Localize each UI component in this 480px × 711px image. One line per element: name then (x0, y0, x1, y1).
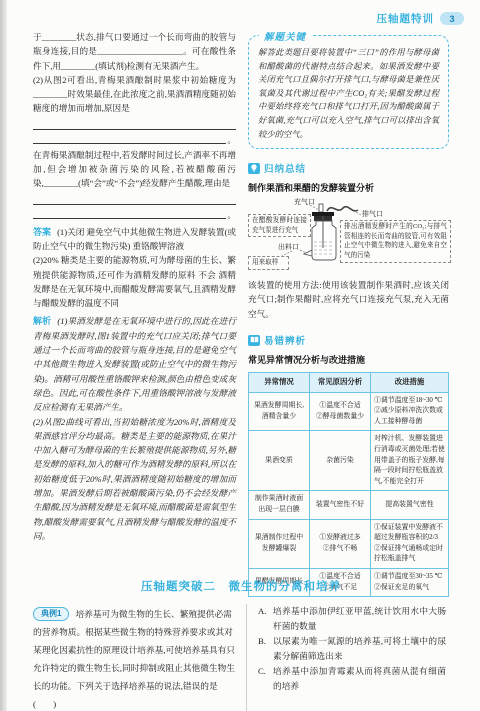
answer-blank-line (33, 191, 236, 205)
pitfall-section-label: 易错辨析 (264, 333, 306, 347)
lightbulb-icon (248, 163, 260, 174)
answer-label: 答案 (33, 227, 51, 237)
abnormal-situations-table: 异常情况 常见原因分析 改进措施 果酒发酵周期长,酒精含量少 ①温度不合适②酵母… (248, 372, 449, 597)
pump-callout: 在醋酸发酵时连接充气泵进行充气 (248, 214, 311, 237)
example-question-column: 典例1培养基可为微生物的生长、繁殖提供必需的营养物质。根据某些微生物的特殊营养要… (33, 604, 247, 711)
answer-text-2: (2)20% 糖类是主要的能源物质,可为酵母菌的生长、繁殖提供能源物质,还可作为… (33, 253, 236, 310)
blank-line-period: 。 (227, 136, 236, 144)
table-header-cell: 改进措施 (371, 373, 449, 393)
left-column: 于________状态,排气口要通过一个长而弯曲的胶管与瓶身连接,目的是____… (33, 30, 236, 543)
right-column: 解题关键 解答此类题目要将装置中“三口”的作用与酵母菌和醋酸菌的代谢特点结合起来… (248, 30, 449, 597)
key-point-box: 解题关键 解答此类题目要将装置中“三口”的作用与酵母菌和醋酸菌的代谢特点结合起来… (248, 35, 449, 149)
answer-blank-line: 。 (33, 205, 236, 219)
pitfall-title: 常见异常情况分析与改进措施 (248, 353, 449, 366)
table-header-cell: 异常情况 (249, 373, 310, 393)
option-letter: C. (258, 664, 273, 694)
table-cell: 果酒发酵周期长,酒精含量少 (249, 392, 310, 431)
table-row: 制作果酒时液面出现一层白膜 装置气密性不好 提高装置气密性 (249, 491, 449, 519)
analysis-block: 解析(1)果酒发酵是在无氧环境中进行的,因此在进行青梅果酒发酵时,图1装置中的充… (33, 314, 236, 414)
fermentation-device-diagram: 充气口 排气口 出料口 在醋酸发酵时连接充气泵进行充气 用来取样 排出酒精发酵时… (248, 198, 449, 274)
device-usage-text: 该装置的使用方法:使用该装置制作果酒时,应该关闭充气口;制作果醋时,应将充气口连… (248, 278, 449, 321)
table-header-row: 异常情况 常见原因分析 改进措施 (249, 373, 449, 393)
section-title: 压轴题突破二 微生物的分离和培养 (33, 578, 449, 594)
option-text: 以尿素为唯一氮源的培养基,可将土壤中的尿素分解菌筛选出来 (273, 634, 446, 664)
inlet-port-label: 充气口 (294, 198, 315, 206)
blank-line-period: 。 (227, 211, 236, 219)
option-a: A. 培养基中添加伊红亚甲蓝,统计饮用水中大肠杆菌的数量 (258, 604, 446, 634)
option-letter: A. (258, 604, 273, 634)
table-cell: 装置气密性不好 (310, 491, 371, 519)
table-row: 果酒变质 杂菌污染 对榨汁机、发酵装置进行消毒或灭菌处理;若使用带盖子的瓶子发酵… (249, 431, 449, 491)
bottom-section: 压轴题突破二 微生物的分离和培养 典例1培养基可为微生物的生长、繁殖提供必需的营… (33, 578, 449, 711)
page-number-badge: 3 (440, 12, 464, 25)
page-header-title: 压轴题特训 (377, 11, 435, 26)
answer-blank-line: 。 (33, 130, 236, 144)
textbook-page: { "header": { "title": "压轴题特训", "page_ba… (0, 0, 480, 711)
table-cell: ①保证装置中发酵液不超过发酵瓶容积的2/3②保证排气通畅或定时拧松瓶盖排气 (371, 519, 449, 568)
option-text: 培养基中添加伊红亚甲蓝,统计饮用水中大肠杆菌的数量 (273, 604, 446, 634)
analysis-text-1: (1)果酒发酵是在无氧环境中进行的,因此在进行青梅果酒发酵时,图1装置中的充气口… (33, 316, 236, 412)
key-point-box-text: 解答此类题目要将装置中“三口”的作用与酵母菌和醋酸菌的代谢特点结合起来。如果酒发… (258, 46, 439, 141)
table-cell: 果酒变质 (249, 431, 310, 491)
scan-page-edge (0, 0, 7, 711)
answer-blank-line (33, 116, 236, 130)
table-cell: ①调节温度至18~30 ℃②减少原料冲洗次数或人工接种酵母菌 (371, 392, 449, 431)
table-cell: ①温度不合适②酵母菌数量少 (310, 392, 371, 431)
option-c: C. 培养基中添加青霉素从而将真菌从混有细菌的培养 (258, 664, 446, 694)
drain-port-label: 出料口 (278, 243, 299, 251)
option-letter: B. (258, 634, 273, 664)
question-paragraph-3: 在青梅果酒酿制过程中,若发酵时间过长,产酒率不再增加,但会增加被杂菌污染的风险,… (33, 148, 236, 191)
option-text: 培养基中添加青霉素从而将真菌从混有细菌的培养 (273, 664, 446, 694)
page-header: 压轴题特训 3 (377, 11, 465, 26)
table-cell: 提高装置气密性 (371, 491, 449, 519)
bottom-columns: 典例1培养基可为微生物的生长、繁殖提供必需的营养物质。根据某些微生物的特殊营养要… (33, 604, 449, 711)
option-b: B. 以尿素为唯一氮源的培养基,可将土壤中的尿素分解菌筛选出来 (258, 634, 446, 664)
table-header-cell: 常见原因分析 (310, 373, 371, 393)
table-cell: 杂菌污染 (310, 431, 371, 491)
summary-title: 制作果酒和果醋的发酵装置分析 (248, 181, 449, 194)
options-column: A. 培养基中添加伊红亚甲蓝,统计饮用水中大肠杆菌的数量 B. 以尿素为唯一氮源… (247, 604, 446, 711)
example-question-text: 培养基可为微生物的生长、繁殖提供必需的营养物质。根据某些微生物的特殊营养要求或其… (33, 609, 235, 709)
example-badge: 典例1 (33, 607, 69, 621)
table-cell: 制作果酒时液面出现一层白膜 (249, 491, 310, 519)
summary-section-label: 归纳总结 (264, 161, 306, 175)
key-point-box-title: 解题关键 (259, 29, 311, 43)
answer-block: 答案(1)关闭 避免空气中其他微生物进入发酵装置(或防止空气中的微生物污染) 重… (33, 225, 236, 254)
question-paragraph-2: (2)从图2可看出,青梅果酒酿制时果浆中初始糖度为________时效果最佳,在… (33, 73, 236, 116)
table-cell: ①发酵液过多②排气不畅 (310, 519, 371, 568)
table-cell: 对榨汁机、发酵装置进行消毒或灭菌处理;若使用带盖子的瓶子发酵,每隔一段时间拧松瓶… (371, 431, 449, 491)
open-book-icon (248, 335, 260, 346)
sampling-callout: 用来取样 (248, 256, 289, 270)
analysis-label: 解析 (33, 316, 51, 326)
answer-text-1: (1)关闭 避免空气中其他微生物进入发酵装置(或防止空气中的微生物污染) 重铬酸… (33, 227, 236, 251)
table-row: 果酒发酵周期长,酒精含量少 ①温度不合适②酵母菌数量少 ①调节温度至18~30 … (249, 392, 449, 431)
table-cell: 果酒制作过程中发酵罐爆裂 (249, 519, 310, 568)
summary-section-header: 归纳总结 (248, 161, 449, 175)
table-row: 果酒制作过程中发酵罐爆裂 ①发酵液过多②排气不畅 ①保证装置中发酵液不超过发酵瓶… (249, 519, 449, 568)
pitfall-section-header: 易错辨析 (248, 333, 449, 347)
co2-exhaust-callout: 排出酒精发酵时产生的CO₂;与排气管相连的长而弯曲的胶管,可有效阻止空气中微生物… (340, 220, 451, 262)
analysis-text-2: (2)从图2曲线可看出,当初始糖浓度为20%时,酒精度及果酒感官评分均最高。糖类… (33, 415, 236, 544)
question-paragraph-1: 于________状态,排气口要通过一个长而弯曲的胶管与瓶身连接,目的是____… (33, 30, 236, 73)
exhaust-port-label: 排气口 (362, 210, 383, 218)
